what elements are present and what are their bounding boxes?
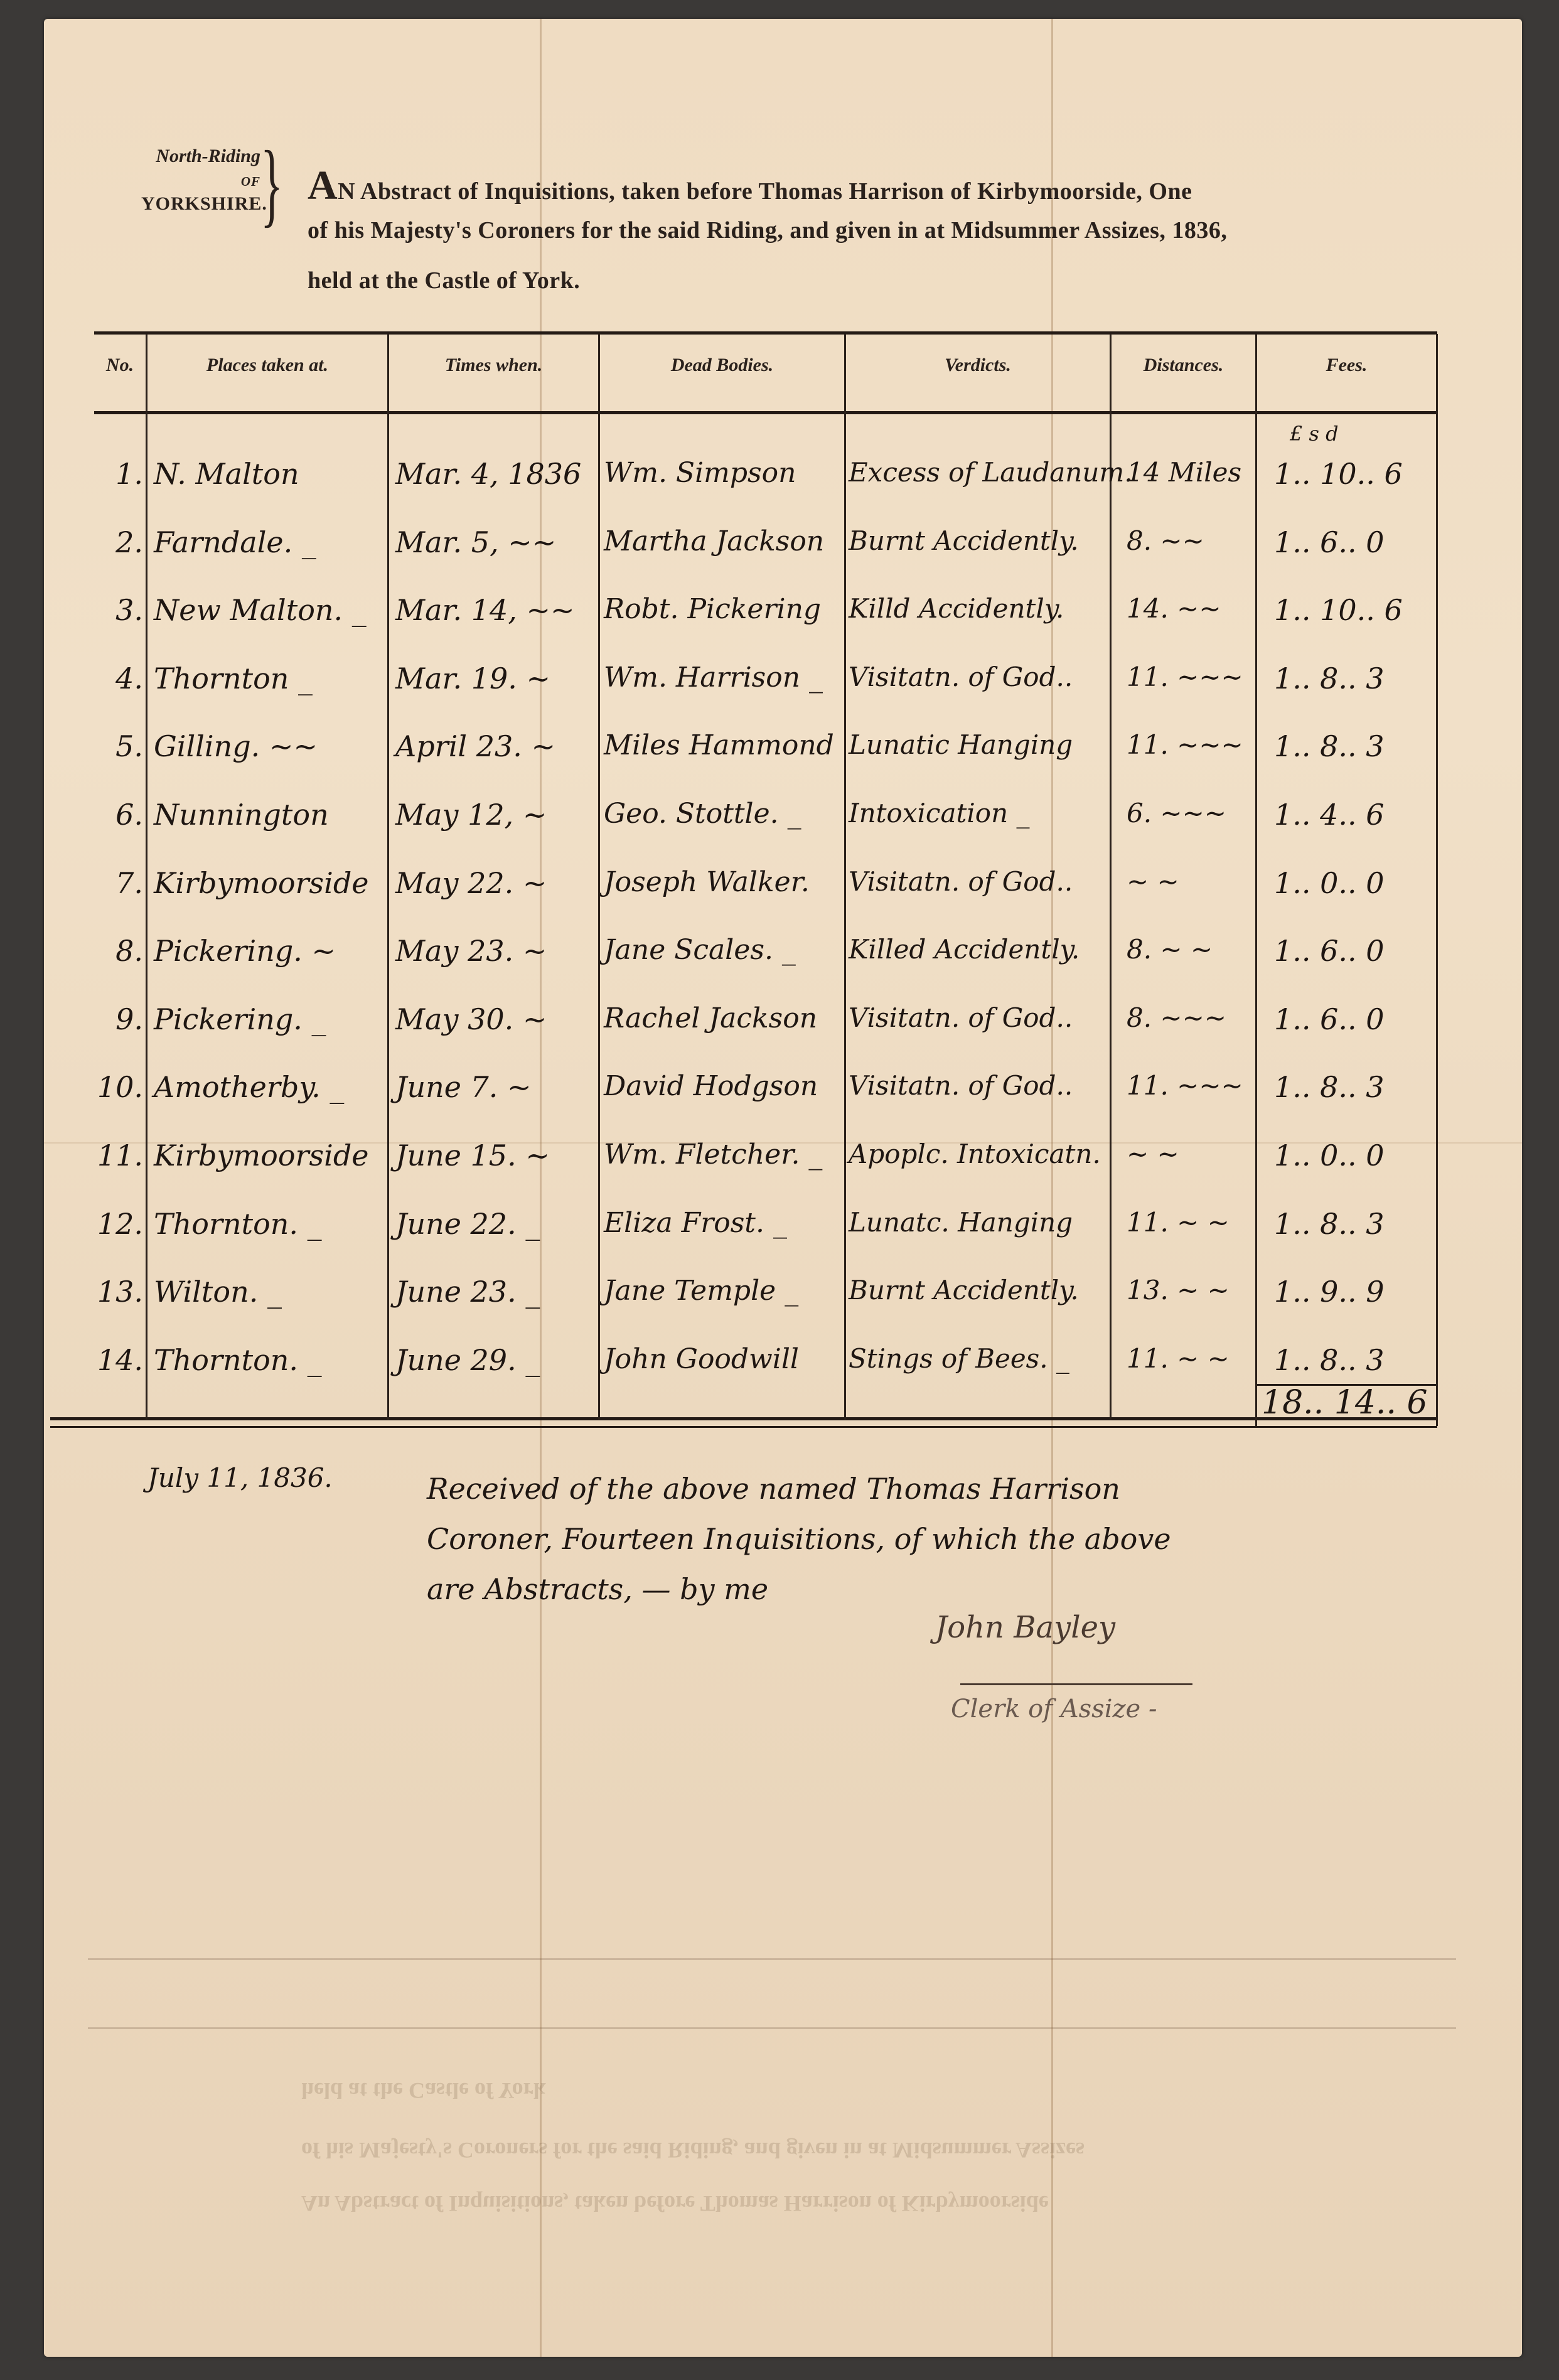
cell-verdict: Intoxication _ bbox=[849, 798, 1029, 828]
cell-no: 12. bbox=[94, 1207, 143, 1241]
cell-fee: 1.. 10.. 6 bbox=[1274, 593, 1403, 627]
cell-verdict: Visitatn. of God.. bbox=[849, 1070, 1073, 1101]
cell-distance: 8. ~ ~ bbox=[1127, 934, 1213, 965]
cell-verdict: Killd Accidently. bbox=[849, 593, 1064, 624]
cell-distance: 14 Miles bbox=[1127, 457, 1241, 488]
table-top-rule bbox=[94, 331, 1437, 335]
cell-fee: 1.. 9.. 9 bbox=[1274, 1275, 1385, 1309]
cell-place: Farndale. _ bbox=[154, 525, 316, 559]
cell-fee: 1.. 8.. 3 bbox=[1274, 662, 1385, 695]
cell-time: June 23. _ bbox=[395, 1275, 540, 1309]
header-no: No. bbox=[94, 355, 146, 376]
cell-dead-body: Jane Temple _ bbox=[604, 1275, 798, 1307]
column-divider bbox=[1436, 334, 1438, 1426]
cell-verdict: Visitatn. of God.. bbox=[849, 866, 1073, 897]
cell-place: Pickering. ~ bbox=[154, 934, 336, 968]
cell-time: June 7. ~ bbox=[395, 1070, 532, 1104]
cell-place: Thornton. _ bbox=[154, 1343, 322, 1377]
cell-no: 6. bbox=[94, 798, 143, 832]
cell-time: Mar. 19. ~ bbox=[395, 662, 550, 695]
column-divider bbox=[387, 334, 389, 1420]
cell-distance: 13. ~ ~ bbox=[1127, 1275, 1230, 1305]
cell-distance: 8. ~~~ bbox=[1127, 1002, 1226, 1033]
cell-no: 14. bbox=[94, 1343, 143, 1377]
cell-time: Mar. 14, ~~ bbox=[395, 593, 575, 627]
cell-distance: 11. ~~~ bbox=[1127, 1070, 1243, 1101]
cell-verdict: Burnt Accidently. bbox=[849, 1275, 1079, 1305]
cell-dead-body: Eliza Frost. _ bbox=[604, 1207, 787, 1239]
header-times: Times when. bbox=[389, 355, 598, 376]
column-divider bbox=[598, 334, 600, 1420]
header-dead-bodies: Dead Bodies. bbox=[600, 355, 844, 376]
cell-place: Thornton _ bbox=[154, 662, 313, 695]
bleed-through-rule bbox=[88, 2027, 1456, 2029]
cell-distance: ~ ~ bbox=[1127, 1139, 1179, 1169]
brace-glyph: } bbox=[260, 143, 283, 225]
cell-place: Thornton. _ bbox=[154, 1207, 322, 1241]
cell-distance: 11. ~~~ bbox=[1127, 662, 1243, 692]
bleed-through-text: held at the Castle of York bbox=[301, 2077, 546, 2104]
cell-time: June 22. _ bbox=[395, 1207, 540, 1241]
cell-dead-body: Robt. Pickering bbox=[604, 593, 821, 625]
table-bottom-rule bbox=[50, 1417, 1437, 1420]
cell-no: 7. bbox=[94, 866, 143, 900]
cell-time: Mar. 5, ~~ bbox=[395, 525, 556, 559]
cell-no: 3. bbox=[94, 593, 143, 627]
cell-fee: 1.. 4.. 6 bbox=[1274, 798, 1385, 832]
cell-time: June 29. _ bbox=[395, 1343, 540, 1377]
cell-time: April 23. ~ bbox=[395, 729, 555, 763]
cell-distance: 6. ~~~ bbox=[1127, 798, 1226, 828]
cell-verdict: Burnt Accidently. bbox=[849, 525, 1079, 556]
cell-time: June 15. ~ bbox=[395, 1139, 550, 1172]
cell-no: 2. bbox=[94, 525, 143, 559]
title-line-3: held at the Castle of York. bbox=[308, 267, 580, 294]
cell-distance: ~ ~ bbox=[1127, 866, 1179, 897]
column-divider bbox=[1110, 334, 1112, 1420]
county-label: North-Riding of YORKSHIRE. bbox=[141, 144, 260, 216]
cell-dead-body: Miles Hammond bbox=[604, 729, 834, 761]
cell-time: May 12, ~ bbox=[395, 798, 547, 832]
cell-distance: 11. ~~~ bbox=[1127, 729, 1243, 760]
cell-fee: 1.. 6.. 0 bbox=[1274, 1002, 1385, 1036]
receipt-line-2: Coroner, Fourteen Inquisitions, of which… bbox=[427, 1522, 1171, 1556]
title-dropcap: A bbox=[308, 163, 338, 208]
cell-no: 13. bbox=[94, 1275, 143, 1309]
county-line: North-Riding bbox=[141, 144, 260, 168]
cell-place: Kirbymoorside bbox=[154, 866, 368, 900]
fee-units: £ s d bbox=[1290, 422, 1339, 446]
cell-fee: 1.. 6.. 0 bbox=[1274, 934, 1385, 968]
cell-no: 4. bbox=[94, 662, 143, 695]
cell-place: N. Malton bbox=[154, 457, 299, 491]
county-line: of bbox=[141, 168, 260, 192]
title-text: N Abstract of Inquisitions, taken before… bbox=[338, 178, 1192, 205]
table-bottom-rule-2 bbox=[50, 1426, 1437, 1428]
cell-dead-body: Jane Scales. _ bbox=[604, 934, 796, 966]
cell-fee: 1.. 10.. 6 bbox=[1274, 457, 1403, 491]
cell-fee: 1.. 8.. 3 bbox=[1274, 1207, 1385, 1241]
cell-no: 1. bbox=[94, 457, 143, 491]
total-fee: 18.. 14.. 6 bbox=[1262, 1384, 1428, 1422]
bleed-through-text: An Abstract of Inquisitions, taken befor… bbox=[301, 2190, 1049, 2217]
cell-fee: 1.. 8.. 3 bbox=[1274, 1070, 1385, 1104]
column-divider bbox=[1255, 334, 1257, 1426]
receipt-line-3: are Abstracts, — by me bbox=[427, 1572, 768, 1606]
column-divider bbox=[146, 334, 147, 1420]
column-divider bbox=[844, 334, 846, 1420]
cell-place: Wilton. _ bbox=[154, 1275, 282, 1309]
cell-distance: 8. ~~ bbox=[1127, 525, 1204, 556]
title-line-2: of his Majesty's Coroners for the said R… bbox=[308, 217, 1227, 244]
cell-dead-body: John Goodwill bbox=[604, 1343, 799, 1375]
cell-no: 5. bbox=[94, 729, 143, 763]
cell-dead-body: Rachel Jackson bbox=[604, 1002, 817, 1034]
signature-title: Clerk of Assize - bbox=[951, 1695, 1157, 1723]
cell-dead-body: Martha Jackson bbox=[604, 525, 824, 557]
bleed-through-rule bbox=[88, 1958, 1456, 1960]
cell-no: 9. bbox=[94, 1002, 143, 1036]
cell-verdict: Lunatic Hanging bbox=[849, 729, 1073, 760]
cell-place: Amotherby. _ bbox=[154, 1070, 344, 1104]
header-places: Places taken at. bbox=[147, 355, 387, 376]
cell-fee: 1.. 0.. 0 bbox=[1274, 1139, 1385, 1172]
cell-place: Nunnington bbox=[154, 798, 329, 832]
cell-place: Gilling. ~~ bbox=[154, 729, 318, 763]
cell-dead-body: Joseph Walker. bbox=[604, 866, 810, 898]
cell-dead-body: Wm. Simpson bbox=[604, 457, 796, 489]
cell-no: 11. bbox=[94, 1139, 143, 1172]
cell-verdict: Stings of Bees. _ bbox=[849, 1343, 1069, 1374]
signature-underline bbox=[960, 1683, 1192, 1685]
table-header-rule bbox=[94, 411, 1437, 414]
cell-time: May 30. ~ bbox=[395, 1002, 547, 1036]
cell-verdict: Killed Accidently. bbox=[849, 934, 1080, 965]
cell-no: 8. bbox=[94, 934, 143, 968]
cell-verdict: Visitatn. of God.. bbox=[849, 662, 1073, 692]
cell-fee: 1.. 0.. 0 bbox=[1274, 866, 1385, 900]
cell-distance: 11. ~ ~ bbox=[1127, 1343, 1230, 1374]
cell-time: May 22. ~ bbox=[395, 866, 547, 900]
cell-dead-body: Geo. Stottle. _ bbox=[604, 798, 801, 830]
header-fees: Fees. bbox=[1257, 355, 1436, 376]
cell-fee: 1.. 8.. 3 bbox=[1274, 729, 1385, 763]
cell-place: New Malton. _ bbox=[154, 593, 367, 627]
cell-verdict: Visitatn. of God.. bbox=[849, 1002, 1073, 1033]
cell-dead-body: Wm. Harrison _ bbox=[604, 662, 823, 694]
cell-time: May 23. ~ bbox=[395, 934, 547, 968]
signature: John Bayley bbox=[935, 1610, 1115, 1645]
header-verdicts: Verdicts. bbox=[846, 355, 1110, 376]
bleed-through-text: of his Majesty's Coroners for the said R… bbox=[301, 2137, 1085, 2163]
county-line: YORKSHIRE. bbox=[141, 192, 260, 216]
cell-verdict: Apoplc. Intoxicatn. bbox=[849, 1139, 1101, 1169]
cell-verdict: Lunatc. Hanging bbox=[849, 1207, 1073, 1238]
receipt-line-1: Received of the above named Thomas Harri… bbox=[427, 1472, 1120, 1506]
header-distances: Distances. bbox=[1112, 355, 1255, 376]
cell-dead-body: David Hodgson bbox=[604, 1070, 818, 1102]
receipt-date: July 11, 1836. bbox=[147, 1462, 333, 1493]
title-line-1: AN Abstract of Inquisitions, taken befor… bbox=[308, 162, 1192, 210]
cell-fee: 1.. 8.. 3 bbox=[1274, 1343, 1385, 1377]
cell-fee: 1.. 6.. 0 bbox=[1274, 525, 1385, 559]
cell-verdict: Excess of Laudanum. bbox=[849, 457, 1133, 488]
cell-time: Mar. 4, 1836 bbox=[395, 457, 581, 491]
cell-place: Pickering. _ bbox=[154, 1002, 326, 1036]
cell-no: 10. bbox=[94, 1070, 143, 1104]
cell-distance: 14. ~~ bbox=[1127, 593, 1221, 624]
cell-place: Kirbymoorside bbox=[154, 1139, 368, 1172]
cell-dead-body: Wm. Fletcher. _ bbox=[604, 1139, 822, 1171]
cell-distance: 11. ~ ~ bbox=[1127, 1207, 1230, 1238]
